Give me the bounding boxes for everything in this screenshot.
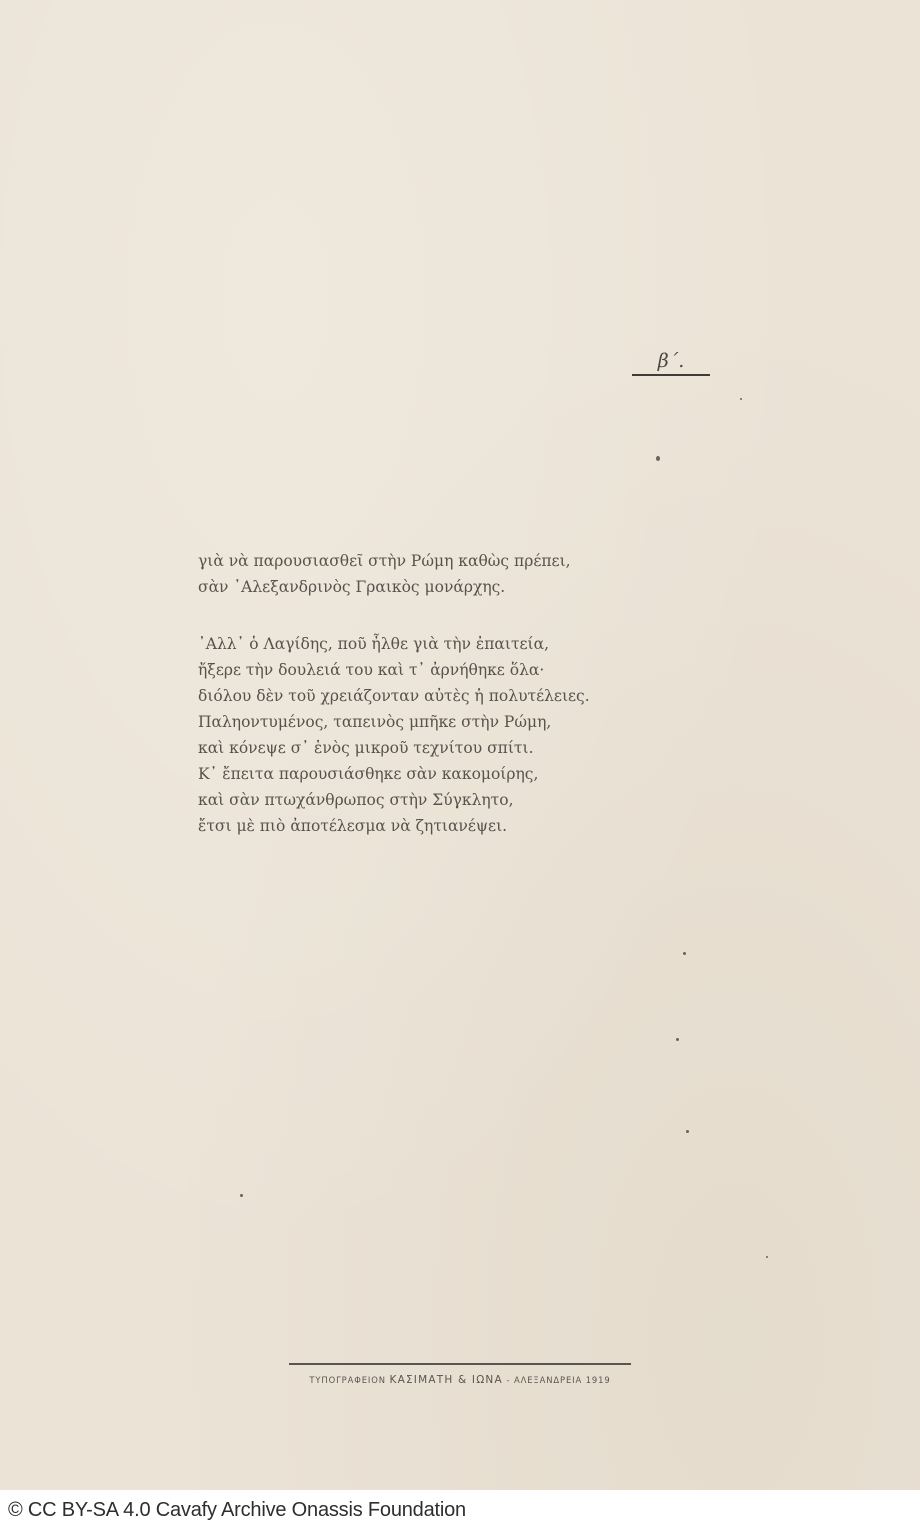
- imprint-separator: -: [506, 1375, 510, 1385]
- paper-speck: [656, 456, 660, 461]
- poem-line: γιὰ νὰ παρουσιασθεῖ στὴν Ρώμη καθὼς πρέπ…: [198, 548, 658, 574]
- poem-line: καὶ σὰν πτωχάνθρωπος στὴν Σύγκλητο,: [198, 787, 658, 813]
- paper-speck: [683, 952, 686, 955]
- poem-line: ἤξερε τὴν δουλειά του καὶ τ᾽ ἀρνήθηκε ὅλ…: [198, 657, 658, 683]
- stanza-2: ᾽Αλλ᾽ ὁ Λαγίδης, ποῦ ἦλθε γιὰ τὴν ἐπαιτε…: [198, 631, 658, 839]
- stanza-1: γιὰ νὰ παρουσιασθεῖ στὴν Ρώμη καθὼς πρέπ…: [198, 548, 658, 600]
- paper-speck: [740, 398, 742, 400]
- poem-line: καὶ κόνεψε σ᾽ ἑνὸς μικροῦ τεχνίτου σπίτι…: [198, 735, 658, 761]
- scanned-page: β΄. γιὰ νὰ παρουσιασθεῖ στὴν Ρώμη καθὼς …: [0, 0, 920, 1490]
- paper-speck: [676, 1038, 679, 1041]
- poem-line: Παληοντυμένος, ταπεινὸς μπῆκε στὴν Ρώμη,: [198, 709, 658, 735]
- poem-line: Κ᾽ ἔπειτα παρουσιάσθηκε σὰν κακομοίρης,: [198, 761, 658, 787]
- page-number: β΄.: [632, 350, 710, 372]
- poem-line: σὰν ᾽Αλεξανδρινὸς Γραικὸς μονάρχης.: [198, 574, 658, 600]
- copyright-credit: © CC BY-SA 4.0 Cavafy Archive Onassis Fo…: [8, 1498, 466, 1522]
- printer-name: ΚΑΣΙΜΑΤΗ & ΙΩΝΑ: [390, 1374, 503, 1386]
- paper-speck: [240, 1194, 243, 1197]
- printer-label: ΤΥΠΟΓΡΑΦΕΙΟΝ: [309, 1375, 386, 1385]
- poem-text: γιὰ νὰ παρουσιασθεῖ στὴν Ρώμη καθὼς πρέπ…: [198, 548, 658, 839]
- imprint-rule: [289, 1363, 631, 1365]
- printer-imprint: ΤΥΠΟΓΡΑΦΕΙΟΝ ΚΑΣΙΜΑΤΗ & ΙΩΝΑ - ΑΛΕΞΑΝΔΡΕ…: [289, 1374, 631, 1386]
- paper-speck: [766, 1256, 768, 1258]
- paper-speck: [686, 1130, 689, 1133]
- poem-line: διόλου δὲν τοῦ χρειάζονταν αὐτὲς ἡ πολυτ…: [198, 683, 658, 709]
- poem-line: ᾽Αλλ᾽ ὁ Λαγίδης, ποῦ ἦλθε γιὰ τὴν ἐπαιτε…: [198, 631, 658, 657]
- printer-place-year: ΑΛΕΞΑΝΔΡΕΙΑ 1919: [514, 1375, 611, 1385]
- poem-line: ἔτσι μὲ πιὸ ἀποτέλεσμα νὰ ζητιανέψει.: [198, 813, 658, 839]
- page-number-underline: [632, 374, 710, 376]
